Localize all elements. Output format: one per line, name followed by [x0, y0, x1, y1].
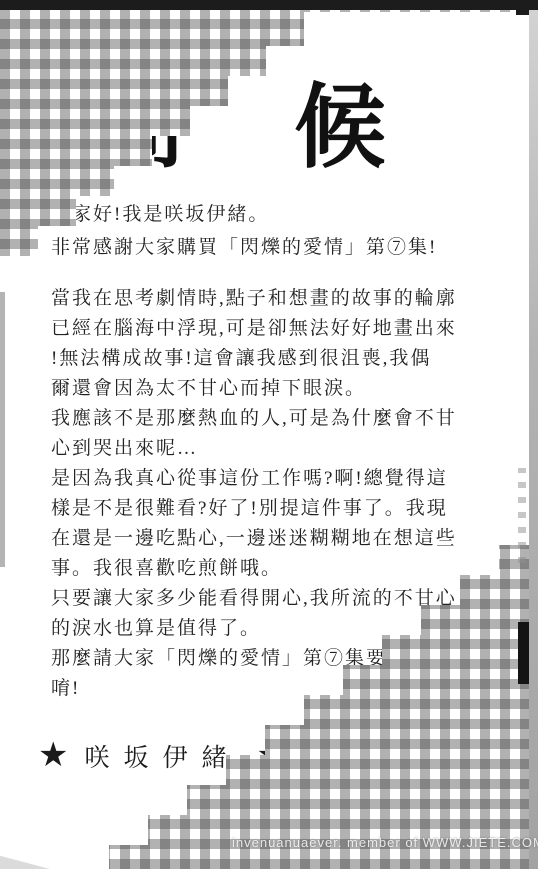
title-char-right: 候	[294, 78, 386, 179]
author-name: 咲坂伊緒	[84, 738, 240, 774]
watermark-text: invenuanuaever. member of WWW.JIETE.COM …	[232, 835, 538, 850]
scan-edge-black-mark	[518, 622, 529, 684]
manga-afterword-page: 問 候 大家好!我是咲坂伊緒。 非常感謝大家購買「閃爍的愛情」第⑦集! 當我在思…	[0, 0, 538, 869]
scan-left-shadow	[0, 292, 5, 567]
scan-edge-scribble-artifact	[518, 468, 526, 563]
scan-top-edge	[0, 0, 538, 10]
scan-right-edge	[529, 10, 538, 869]
star-icon: ★	[38, 739, 68, 773]
intro-paragraph: 大家好!我是咲坂伊緒。 非常感謝大家購買「閃爍的愛情」第⑦集!	[51, 198, 491, 264]
